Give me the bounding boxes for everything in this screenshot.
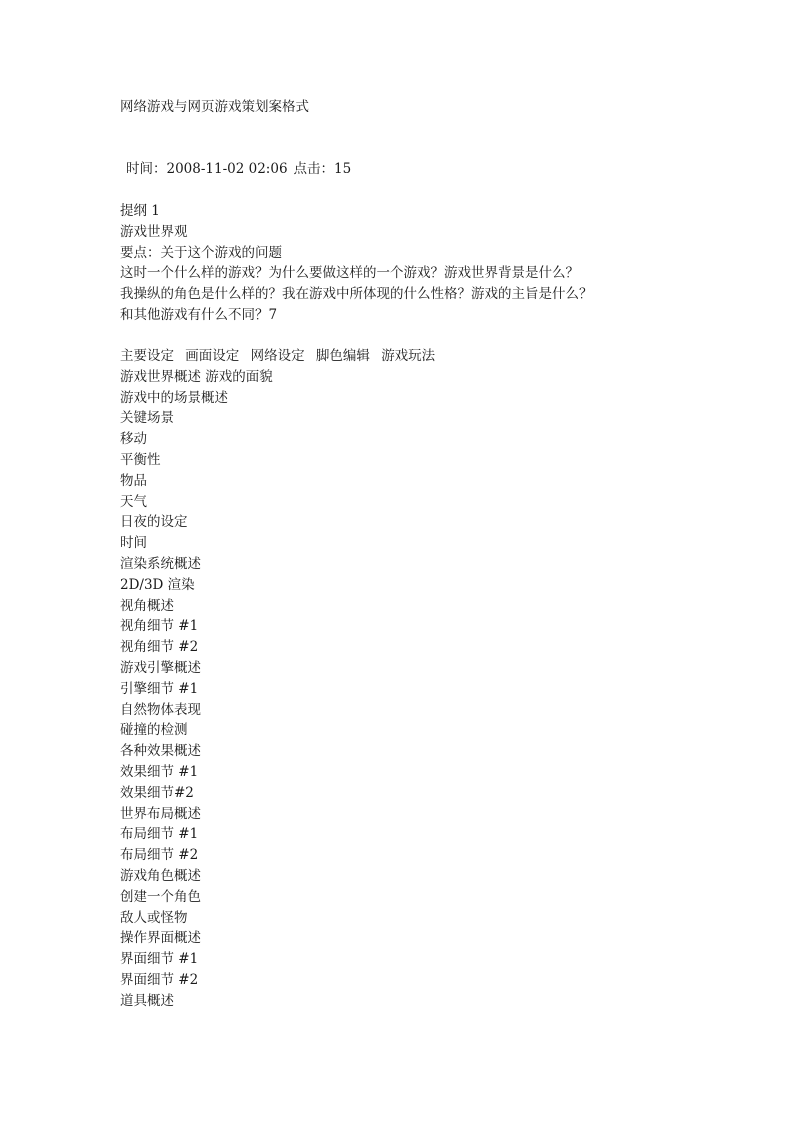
key-points: 要点：关于这个游戏的问题	[120, 243, 593, 264]
list-item: 布局细节 #2	[120, 845, 442, 866]
list-item: 游戏中的场景概述	[120, 388, 442, 409]
list-item: 视角细节 #2	[120, 637, 442, 658]
time-value: 2008-11-02 02:06	[167, 159, 288, 179]
list-item: 碰撞的检测	[120, 720, 442, 741]
outline-heading: 提纲 1	[120, 201, 593, 222]
sections-row: 主要设定 画面设定 网络设定 脚色编辑 游戏玩法	[120, 346, 442, 367]
list-item: 自然物体表现	[120, 700, 442, 721]
outline-intro: 提纲 1 游戏世界观 要点：关于这个游戏的问题 这时一个什么样的游戏？为什么要做…	[120, 201, 593, 326]
document-meta: 时间：2008-11-02 02:06点击：15	[126, 159, 351, 179]
section-graphics-settings: 画面设定	[185, 348, 239, 364]
list-item: 界面细节 #2	[120, 970, 442, 991]
list-item: 时间	[120, 533, 442, 554]
list-item: 视角概述	[120, 596, 442, 617]
list-item: 敌人或怪物	[120, 908, 442, 929]
list-item: 移动	[120, 429, 442, 450]
question-line: 和其他游戏有什么不同？7	[120, 305, 593, 326]
outline-list: 主要设定 画面设定 网络设定 脚色编辑 游戏玩法 游戏世界概述 游戏的面貌 游戏…	[120, 346, 442, 1012]
list-item: 游戏角色概述	[120, 866, 442, 887]
list-item: 各种效果概述	[120, 741, 442, 762]
list-item: 效果细节#2	[120, 783, 442, 804]
list-item: 关键场景	[120, 408, 442, 429]
list-item: 物品	[120, 471, 442, 492]
section-gameplay: 游戏玩法	[381, 348, 435, 364]
clicks-value: 15	[334, 159, 351, 179]
list-item: 布局细节 #1	[120, 824, 442, 845]
list-item: 2D/3D 渲染	[120, 575, 442, 596]
list-item: 游戏引擎概述	[120, 658, 442, 679]
section-main-settings: 主要设定	[120, 348, 174, 364]
list-item: 效果细节 #1	[120, 762, 442, 783]
document-title: 网络游戏与网页游戏策划案格式	[120, 97, 309, 117]
list-item: 渲染系统概述	[120, 554, 442, 575]
list-item: 界面细节 #1	[120, 949, 442, 970]
list-item: 引擎细节 #1	[120, 679, 442, 700]
list-item: 世界布局概述	[120, 804, 442, 825]
section-character-editing: 脚色编辑	[316, 348, 370, 364]
list-item: 游戏世界概述 游戏的面貌	[120, 367, 442, 388]
list-item: 视角细节 #1	[120, 616, 442, 637]
list-item: 道具概述	[120, 991, 442, 1012]
list-item: 创建一个角色	[120, 887, 442, 908]
clicks-label: 点击：	[294, 159, 335, 179]
list-item: 日夜的设定	[120, 512, 442, 533]
section-network-settings: 网络设定	[251, 348, 305, 364]
list-item: 平衡性	[120, 450, 442, 471]
question-line: 这时一个什么样的游戏？为什么要做这样的一个游戏？游戏世界背景是什么？	[120, 263, 593, 284]
time-label: 时间：	[126, 159, 167, 179]
list-item: 操作界面概述	[120, 928, 442, 949]
worldview-heading: 游戏世界观	[120, 222, 593, 243]
question-line: 我操纵的角色是什么样的？我在游戏中所体现的什么性格？游戏的主旨是什么？	[120, 284, 593, 305]
list-item: 天气	[120, 492, 442, 513]
